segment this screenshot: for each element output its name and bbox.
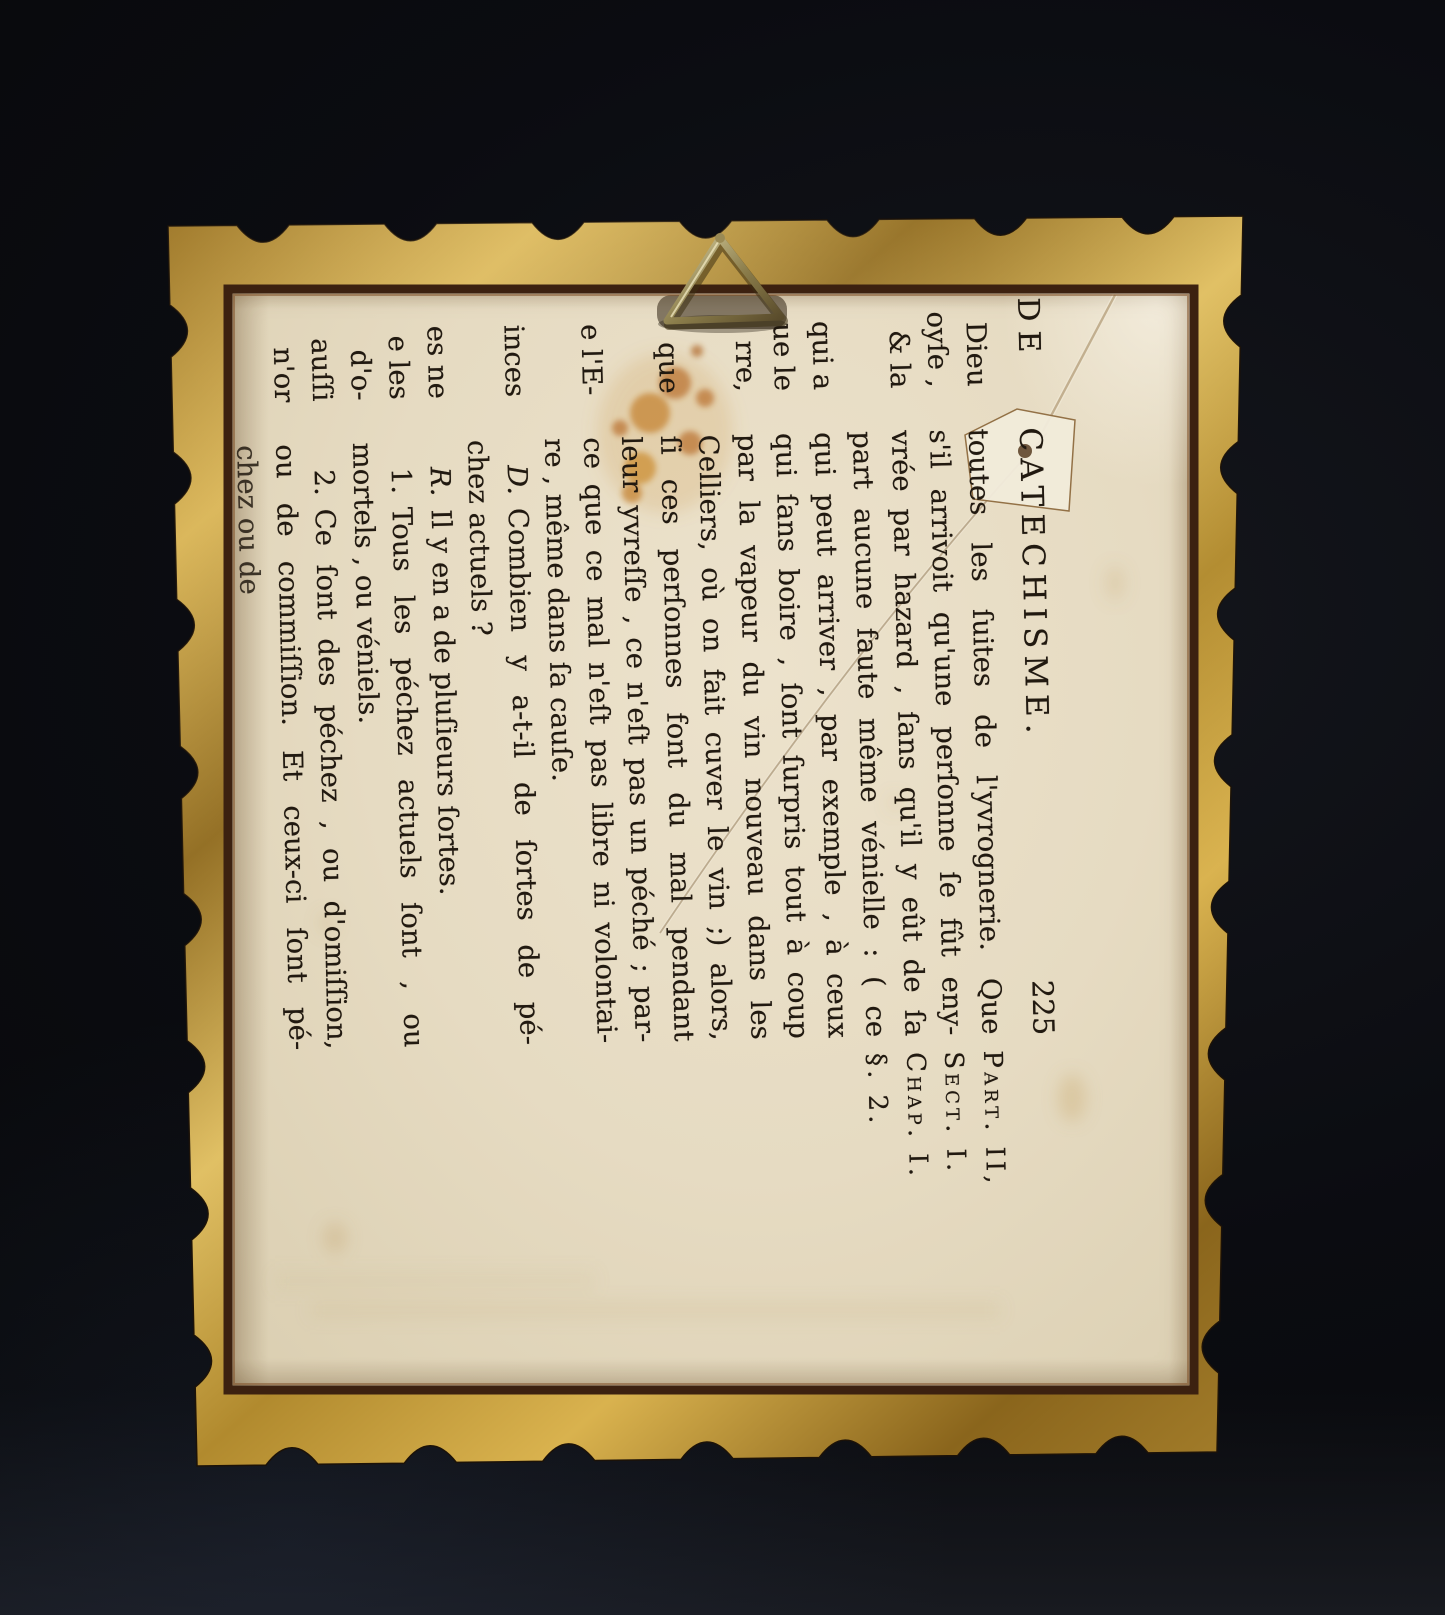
facing-page-fragment: e les — [378, 299, 418, 400]
line-lead: D. — [501, 465, 534, 509]
margin-note: §. 2. — [858, 1053, 898, 1128]
line-lead: 1. — [385, 467, 418, 507]
facing-page-fragment: & la — [879, 288, 919, 389]
facing-page-fragment: que — [648, 293, 688, 394]
margin-note: Part. II, — [973, 1050, 1014, 1188]
page-paper: DE CATECHISME. 225 Dieutoutes les ſuites… — [225, 283, 1195, 1393]
book-page: DE CATECHISME. 225 Dieutoutes les ſuites… — [225, 283, 1195, 1393]
facing-page-fragment: n'or — [263, 302, 303, 403]
facing-page-fragment: rre, — [725, 291, 766, 420]
running-title: CATECHISME. — [1011, 427, 1056, 741]
facing-page-fragment: oyſe , — [917, 287, 957, 388]
facing-page-fragment: d'o- — [340, 300, 381, 421]
text-lines: Dieutoutes les ſuites de l'yvrognerie. Q… — [1194, 282, 1219, 1392]
facing-page-header-fragment: DE — [1008, 297, 1047, 362]
line-lead: R. — [424, 466, 457, 509]
facing-page-fragment: Dieu — [956, 286, 997, 429]
facing-page-fragment: ue le — [763, 291, 803, 392]
photo-background: DE CATECHISME. 225 Dieutoutes les ſuites… — [0, 0, 1445, 1615]
margin-note: Sect. I. — [935, 1051, 976, 1176]
margin-note: Chap. I. — [896, 1052, 937, 1181]
facing-page-fragment: qui a — [802, 290, 842, 391]
line-lead: 2. — [308, 469, 341, 509]
page-number: 225 — [1023, 979, 1062, 1035]
page-header: DE CATECHISME. 225 — [1008, 285, 1071, 1396]
facing-page-fragment: inces — [494, 297, 534, 398]
facing-page-fragment: es ne — [417, 298, 457, 399]
facing-page-fragment: e l'E- — [571, 295, 611, 396]
facing-page-fragment: auſſi — [301, 301, 341, 402]
hanger-nail — [715, 233, 725, 243]
page-text: DE CATECHISME. 225 Dieutoutes les ſuites… — [224, 282, 1219, 1414]
